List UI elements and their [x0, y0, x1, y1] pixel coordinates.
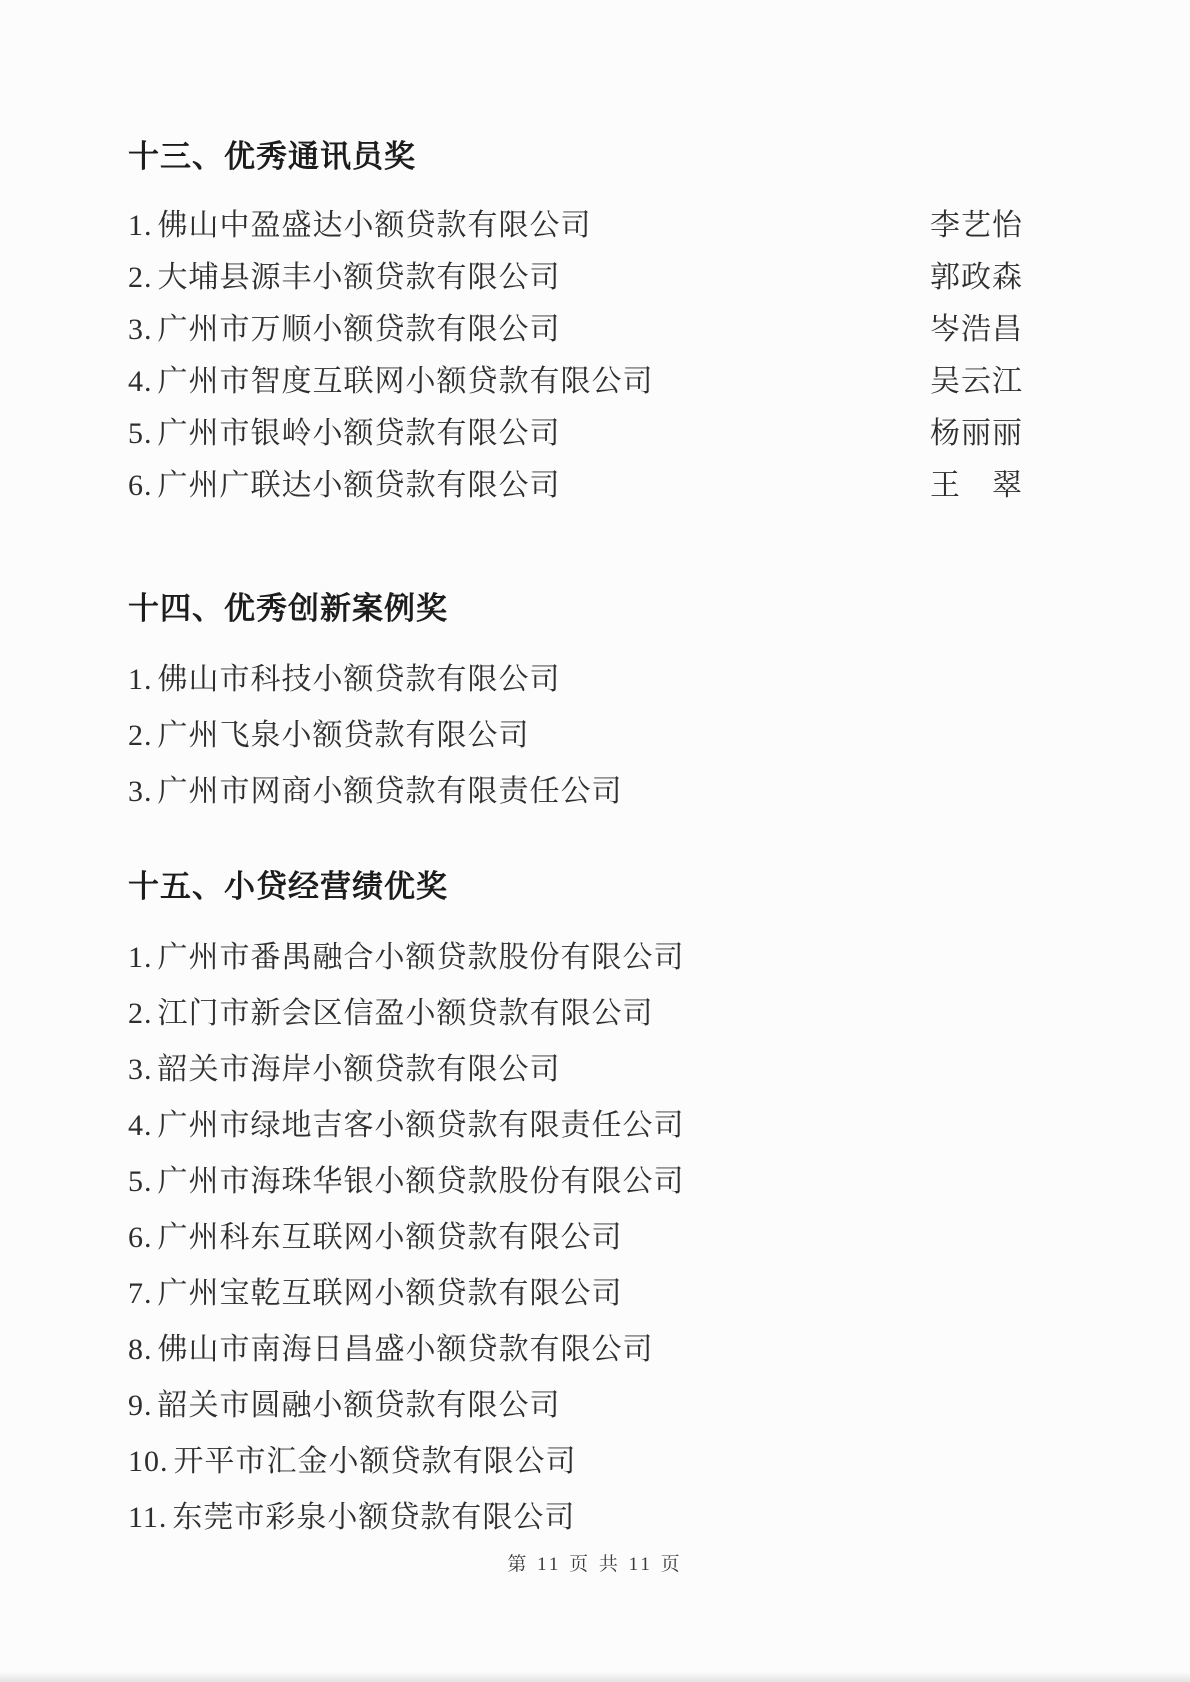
item-number: 7. — [128, 1277, 153, 1310]
section-microloan-business-performance-award: 十五、小贷经营绩优奖 1.广州市番禺融合小额贷款股份有限公司 2.江门市新会区信… — [128, 870, 1100, 1546]
item-number: 6. — [128, 1221, 153, 1254]
item-number: 4. — [128, 1109, 153, 1142]
winner-name: 吴云江 — [930, 356, 1023, 408]
award-item: 1.佛山中盈盛达小额贷款有限公司 李艺怡 — [128, 200, 1100, 252]
item-number: 9. — [128, 1389, 153, 1422]
item-number: 11. — [128, 1501, 167, 1534]
award-item: 4.广州市绿地吉客小额贷款有限责任公司 — [128, 1098, 1100, 1154]
winner-name: 李艺怡 — [930, 200, 1023, 252]
item-number: 1. — [128, 209, 153, 242]
item-number: 1. — [128, 941, 153, 974]
item-number: 8. — [128, 1333, 153, 1366]
winner-name: 郭政森 — [930, 252, 1023, 304]
company-name: 广州飞泉小额贷款有限公司 — [158, 719, 530, 752]
item-number: 5. — [128, 417, 153, 450]
company-name: 东莞市彩泉小额贷款有限公司 — [172, 1501, 575, 1534]
winner-name: 王 翠 — [930, 460, 1023, 512]
award-item: 6.广州科东互联网小额贷款有限公司 — [128, 1210, 1100, 1266]
award-item: 10.开平市汇金小额贷款有限公司 — [128, 1434, 1100, 1490]
item-number: 2. — [128, 261, 153, 294]
winner-name: 岑浩昌 — [930, 304, 1023, 356]
section-excellent-correspondent-award: 十三、优秀通讯员奖 1.佛山中盈盛达小额贷款有限公司 李艺怡 2.大埔县源丰小额… — [128, 140, 1100, 512]
award-item: 6.广州广联达小额贷款有限公司 王 翠 — [128, 460, 1100, 512]
award-item: 9.韶关市圆融小额贷款有限公司 — [128, 1378, 1100, 1434]
item-number: 2. — [128, 719, 153, 752]
award-item: 5.广州市银岭小额贷款有限公司 杨丽丽 — [128, 408, 1100, 460]
company-name: 广州市绿地吉客小额贷款有限责任公司 — [158, 1109, 685, 1142]
section-excellent-innovation-case-award: 十四、优秀创新案例奖 1.佛山市科技小额贷款有限公司 2.广州飞泉小额贷款有限公… — [128, 592, 1100, 820]
award-item: 5.广州市海珠华银小额贷款股份有限公司 — [128, 1154, 1100, 1210]
page-footer: 第 11 页 共 11 页 — [0, 1549, 1190, 1576]
company-name: 佛山市科技小额贷款有限公司 — [158, 663, 561, 696]
company-name: 广州宝乾互联网小额贷款有限公司 — [158, 1277, 623, 1310]
award-item: 3.韶关市海岸小额贷款有限公司 — [128, 1042, 1100, 1098]
section-heading: 十三、优秀通讯员奖 — [128, 140, 1100, 174]
company-name: 韶关市圆融小额贷款有限公司 — [158, 1389, 561, 1422]
award-item: 7.广州宝乾互联网小额贷款有限公司 — [128, 1266, 1100, 1322]
item-number: 1. — [128, 663, 153, 696]
award-item: 11.东莞市彩泉小额贷款有限公司 — [128, 1490, 1100, 1546]
award-item: 2.广州飞泉小额贷款有限公司 — [128, 708, 1100, 764]
award-item: 3.广州市万顺小额贷款有限公司 岑浩昌 — [128, 304, 1100, 356]
item-number: 2. — [128, 997, 153, 1030]
item-number: 3. — [128, 313, 153, 346]
award-item: 1.佛山市科技小额贷款有限公司 — [128, 652, 1100, 708]
item-number: 3. — [128, 1053, 153, 1086]
award-item: 2.大埔县源丰小额贷款有限公司 郭政森 — [128, 252, 1100, 304]
company-name: 广州科东互联网小额贷款有限公司 — [158, 1221, 623, 1254]
award-item: 8.佛山市南海日昌盛小额贷款有限公司 — [128, 1322, 1100, 1378]
company-name: 广州市银岭小额贷款有限公司 — [158, 417, 561, 450]
award-item: 3.广州市网商小额贷款有限责任公司 — [128, 764, 1100, 820]
company-name: 广州市万顺小额贷款有限公司 — [158, 313, 561, 346]
company-name: 广州广联达小额贷款有限公司 — [158, 469, 561, 502]
section-heading: 十四、优秀创新案例奖 — [128, 592, 1100, 626]
award-item: 4.广州市智度互联网小额贷款有限公司 吴云江 — [128, 356, 1100, 408]
company-name: 韶关市海岸小额贷款有限公司 — [158, 1053, 561, 1086]
company-name: 佛山市南海日昌盛小额贷款有限公司 — [158, 1333, 654, 1366]
item-number: 3. — [128, 775, 153, 808]
company-name: 大埔县源丰小额贷款有限公司 — [158, 261, 561, 294]
company-name: 广州市海珠华银小额贷款股份有限公司 — [158, 1165, 685, 1198]
award-item: 2.江门市新会区信盈小额贷款有限公司 — [128, 986, 1100, 1042]
award-list: 1.广州市番禺融合小额贷款股份有限公司 2.江门市新会区信盈小额贷款有限公司 3… — [128, 930, 1100, 1546]
section-heading: 十五、小贷经营绩优奖 — [128, 870, 1100, 904]
company-name: 广州市智度互联网小额贷款有限公司 — [158, 365, 654, 398]
company-name: 开平市汇金小额贷款有限公司 — [174, 1445, 577, 1478]
item-number: 10. — [128, 1445, 169, 1478]
company-name: 江门市新会区信盈小额贷款有限公司 — [158, 997, 654, 1030]
company-name: 佛山中盈盛达小额贷款有限公司 — [158, 209, 592, 242]
item-number: 6. — [128, 469, 153, 502]
winner-name: 杨丽丽 — [930, 408, 1023, 460]
item-number: 4. — [128, 365, 153, 398]
award-list: 1.佛山市科技小额贷款有限公司 2.广州飞泉小额贷款有限公司 3.广州市网商小额… — [128, 652, 1100, 820]
company-name: 广州市网商小额贷款有限责任公司 — [158, 775, 623, 808]
item-number: 5. — [128, 1165, 153, 1198]
document-content: 十三、优秀通讯员奖 1.佛山中盈盛达小额贷款有限公司 李艺怡 2.大埔县源丰小额… — [0, 0, 1190, 1546]
award-list: 1.佛山中盈盛达小额贷款有限公司 李艺怡 2.大埔县源丰小额贷款有限公司 郭政森… — [128, 200, 1100, 512]
award-item: 1.广州市番禺融合小额贷款股份有限公司 — [128, 930, 1100, 986]
document-page: 十三、优秀通讯员奖 1.佛山中盈盛达小额贷款有限公司 李艺怡 2.大埔县源丰小额… — [0, 0, 1190, 1682]
company-name: 广州市番禺融合小额贷款股份有限公司 — [158, 941, 685, 974]
